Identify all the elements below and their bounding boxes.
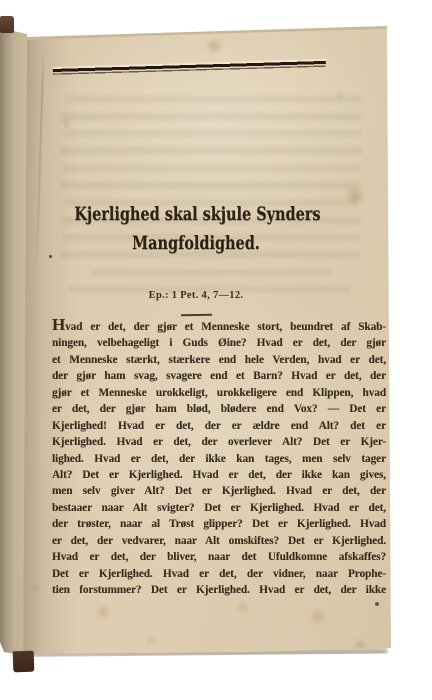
body-text-line: gjør et Menneske urokkeligt, urokkeliger… bbox=[52, 385, 386, 401]
foxing-spot bbox=[236, 600, 250, 614]
body-text-line: Kjerlighed. Hvad er det, der overlever A… bbox=[52, 434, 386, 450]
body-text-line: Hvad er det, der bliver, naar det Ufuldk… bbox=[52, 549, 386, 565]
chapter-title-line-2: Mangfoldighed. bbox=[74, 229, 317, 258]
scripture-reference: Ep.: 1 Pet. 4, 7—12. bbox=[40, 290, 352, 301]
bleedthrough-line bbox=[63, 165, 360, 172]
section-divider-rule bbox=[181, 314, 212, 316]
foxing-spot bbox=[335, 90, 345, 100]
header-double-rule bbox=[53, 59, 326, 76]
bleedthrough-line bbox=[60, 182, 360, 189]
body-text-line: er det, der gjør ham blød, blødere end V… bbox=[52, 401, 386, 417]
ink-speck bbox=[375, 602, 379, 606]
foxing-spot bbox=[95, 604, 111, 620]
foxing-spot bbox=[29, 582, 41, 594]
body-text-line: men selv giver Alt? Det er Kjerlighed. H… bbox=[52, 483, 386, 499]
book-page: Kjerlighed skal skjule Synders Mangfoldi… bbox=[0, 0, 432, 700]
foxing-spot bbox=[61, 118, 71, 128]
book-spine-edge bbox=[0, 24, 27, 660]
body-text-line: lighed. Hvad er det, der ikke kan tages,… bbox=[52, 451, 386, 467]
foxing-spot bbox=[309, 608, 327, 626]
bleedthrough-line bbox=[90, 269, 330, 276]
body-text-line: der trøster, naar al Trøst glipper? Det … bbox=[52, 516, 386, 532]
book-photo: Kjerlighed skal skjule Synders Mangfoldi… bbox=[0, 0, 432, 700]
body-text-line: Hvad er det, der gjør et Menneske stort,… bbox=[52, 319, 386, 335]
bleedthrough-line bbox=[64, 130, 361, 137]
cover-board-tip-bottom bbox=[13, 651, 35, 673]
foxing-spot bbox=[144, 634, 156, 646]
body-text: Hvad er det, der gjør et Menneske stort,… bbox=[52, 319, 386, 598]
body-text-line: tien forstummer? Det er Kjerlighed. Hvad… bbox=[52, 582, 386, 598]
body-text-line: Kjerlighed! Hvad er det, der er ældre en… bbox=[52, 418, 386, 434]
foxing-spot bbox=[205, 37, 223, 55]
body-text-line: er det, der vedvarer, naar Alt omskiftes… bbox=[52, 533, 386, 549]
body-text-line: bestaaer naar Alt svigter? Det er Kjerli… bbox=[52, 500, 386, 516]
body-text-line: Det er Kjerlighed. Hvad er det, der vidn… bbox=[52, 566, 386, 582]
body-text-line: Alt? Det er Kjerlighed. Hvad er det, der… bbox=[52, 467, 386, 483]
body-text-line: et Menneske stærkt, stærkere end hele Ve… bbox=[52, 352, 386, 368]
cover-board-tip-top bbox=[0, 16, 14, 33]
bleedthrough-line bbox=[66, 96, 361, 103]
chapter-title: Kjerlighed skal skjule Synders Mangfoldi… bbox=[40, 200, 352, 258]
body-text-line: ningen, velbehageligt i Guds Øine? Hvad … bbox=[52, 335, 386, 351]
chapter-title-line-1: Kjerlighed skal skjule Synders bbox=[74, 200, 317, 229]
bleedthrough-line bbox=[60, 147, 362, 154]
body-text-line: der gjør ham svag, svagere end et Barn? … bbox=[52, 368, 386, 384]
bleedthrough-line bbox=[60, 113, 361, 120]
